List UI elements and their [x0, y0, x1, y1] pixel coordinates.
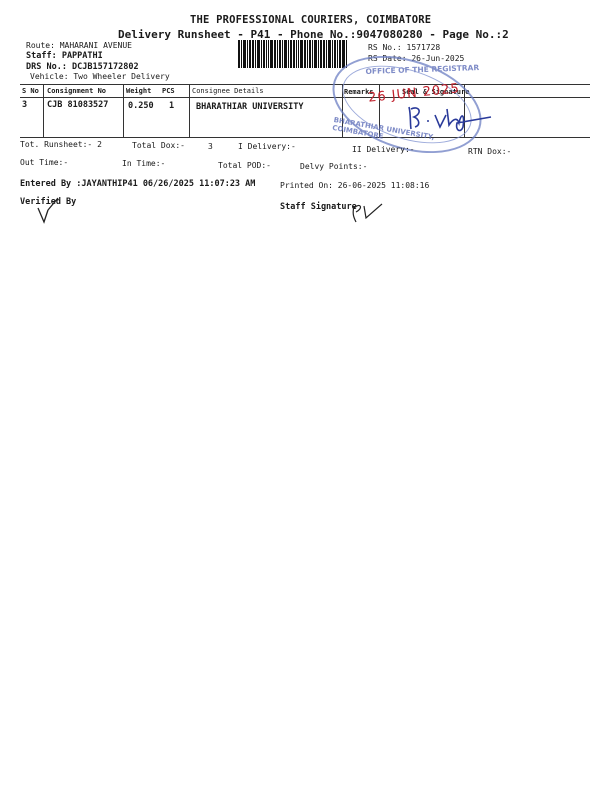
- table-header-border: [20, 97, 590, 98]
- seal-signature-scribble: [405, 103, 495, 138]
- cell-s-no: 3: [22, 100, 27, 110]
- ii-delivery: II Delivery:-: [352, 145, 415, 154]
- entered-by: Entered By :JAYANTHIP41 06/26/2025 11:07…: [20, 179, 255, 189]
- drs-number: DRS No.: DCJB157172802: [26, 62, 139, 72]
- staff-signature-label: Staff Signature: [280, 202, 357, 212]
- i-delivery: I Delivery:-: [238, 142, 296, 151]
- out-time: Out Time:-: [20, 158, 68, 167]
- table-bottom-border: [20, 137, 590, 138]
- cell-consignee: BHARATHIAR UNIVERSITY: [196, 102, 303, 112]
- header-consignment-no: Consignment No: [47, 87, 106, 95]
- col-divider: [189, 84, 190, 138]
- staff-signature-scribble: [350, 200, 386, 228]
- cell-pcs: 1: [169, 101, 174, 111]
- delvy-points: Delvy Points:-: [300, 162, 367, 171]
- col-divider: [43, 84, 44, 138]
- rs-number: RS No.: 1571728: [368, 43, 440, 52]
- company-title: THE PROFESSIONAL COURIERS, COIMBATORE: [190, 14, 431, 26]
- staff-label: Staff: PAPPATHI: [26, 51, 103, 61]
- route-label: Route: MAHARANI AVENUE: [26, 41, 132, 50]
- header-weight: Weight: [126, 87, 151, 95]
- cell-consignment-no: CJB 81083527: [47, 100, 108, 110]
- printed-on: Printed On: 26-06-2025 11:08:16: [280, 181, 429, 190]
- total-pod: Total POD:-: [218, 161, 271, 170]
- total-dox-value: 3: [208, 142, 213, 151]
- tot-runsheet: Tot. Runsheet:- 2: [20, 140, 102, 149]
- header-pcs: PCS: [162, 87, 175, 95]
- col-divider: [123, 84, 124, 138]
- table-top-border: [20, 84, 590, 85]
- in-time: In Time:-: [122, 159, 165, 168]
- verified-signature-scribble: [36, 196, 60, 230]
- total-dox-label: Total Dox:-: [132, 141, 185, 150]
- barcode: [238, 40, 362, 68]
- header-s-no: S No: [22, 87, 39, 95]
- header-consignee-details: Consignee Details: [192, 87, 264, 95]
- vehicle-label: Vehicle: Two Wheeler Delivery: [30, 72, 170, 81]
- rtn-dox: RTN Dox:-: [468, 147, 511, 156]
- cell-weight: 0.250: [128, 101, 154, 111]
